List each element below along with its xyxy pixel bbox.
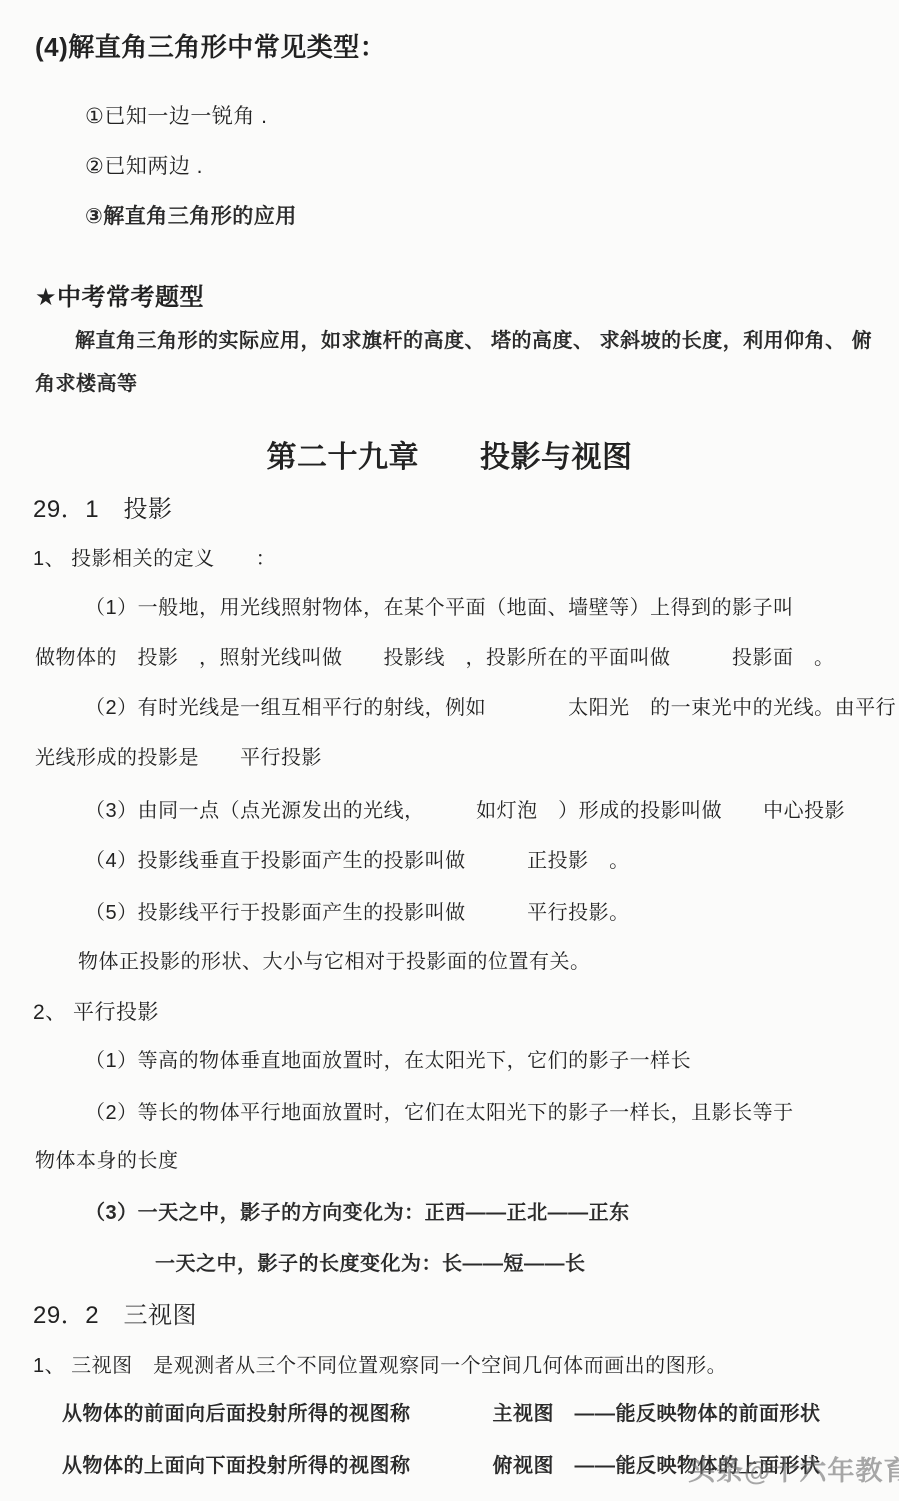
definition-1-line1: （1）一般地，用光线照射物体，在某个平面（地面、墙壁等）上得到的影子叫 — [85, 596, 794, 621]
definitions-heading: 1、 投影相关的定义 ： — [33, 547, 276, 572]
list-item-known-side-angle: ①已知一边一锐角 . — [85, 104, 268, 130]
exam-topics-heading: ★中考常考题型 — [35, 283, 204, 313]
document-page: (4)解直角三角形中常见类型： ①已知一边一锐角 . ②已知两边 . ③解直角三… — [0, 0, 899, 1501]
parallel-point-1: （1）等高的物体垂直地面放置时，在太阳光下，它们的影子一样长 — [85, 1049, 691, 1074]
definition-3: （3）由同一点（点光源发出的光线， 如灯泡 ）形成的投影叫做 中心投影 — [85, 799, 845, 824]
parallel-point-2-line1: （2）等长的物体平行地面放置时，它们在太阳光下的影子一样长，且影长等于 — [85, 1101, 794, 1126]
definition-2-line1: （2）有时光线是一组互相平行的射线，例如 太阳光 的一束光中的光线。由平行 — [85, 696, 896, 721]
three-views-intro: 1、 三视图 是观测者从三个不同位置观察同一个空间几何体而画出的图形。 — [33, 1354, 727, 1379]
section-29-2-heading: 29．2 三视图 — [33, 1301, 197, 1331]
front-view-definition: 从物体的前面向后面投射所得的视图称 主视图 ——能反映物体的前面形状 — [62, 1402, 821, 1427]
definition-5: （5）投影线平行于投影面产生的投影叫做 平行投影。 — [85, 901, 630, 926]
section-29-1-heading: 29．1 投影 — [33, 495, 173, 525]
watermark: 头条@十六年教育 — [688, 1449, 899, 1488]
chapter-title: 第二十九章 投影与视图 — [0, 439, 899, 477]
heading-common-types: (4)解直角三角形中常见类型： — [35, 31, 386, 64]
definition-2-line2: 光线形成的投影是 平行投影 — [35, 746, 322, 771]
parallel-projection-heading: 2、 平行投影 — [33, 1000, 159, 1026]
parallel-point-2-line2: 物体本身的长度 — [35, 1149, 179, 1174]
exam-topics-body-line2: 角求楼高等 — [35, 372, 138, 397]
shadow-direction-change: （3）一天之中，影子的方向变化为：正西——正北——正东 — [85, 1201, 630, 1226]
shadow-length-change: 一天之中，影子的长度变化为：长——短——长 — [155, 1252, 586, 1277]
definition-4: （4）投影线垂直于投影面产生的投影叫做 正投影 。 — [85, 849, 630, 874]
exam-topics-body-line1: 解直角三角形的实际应用，如求旗杆的高度、 塔的高度、 求斜坡的长度，利用仰角、 … — [75, 329, 872, 354]
definition-1-line2: 做物体的 投影 ，照射光线叫做 投影线 ，投影所在的平面叫做 投影面 。 — [35, 646, 835, 671]
orthographic-note: 物体正投影的形状、大小与它相对于投影面的位置有关。 — [78, 950, 591, 975]
list-item-known-two-sides: ②已知两边 . — [85, 154, 203, 180]
list-item-application: ③解直角三角形的应用 — [85, 204, 297, 230]
